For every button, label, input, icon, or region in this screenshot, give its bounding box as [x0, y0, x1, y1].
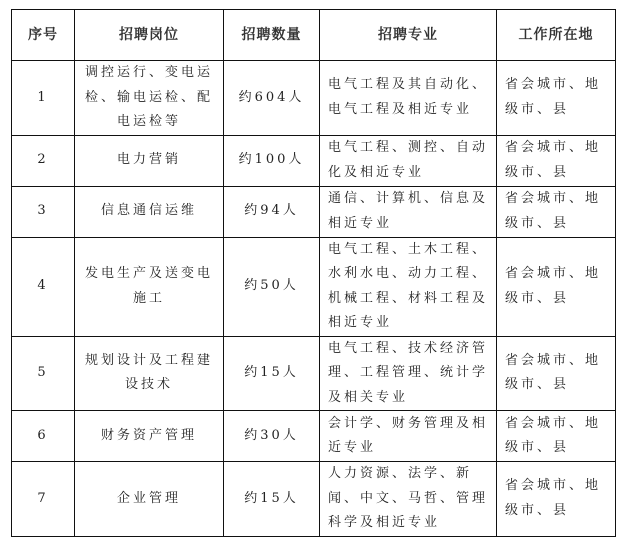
table-row: 5 规划设计及工程建设技术 约15人 电气工程、技术经济管理、工程管理、统计学及…	[12, 336, 616, 411]
cell-location: 省会城市、地级市、县	[497, 61, 616, 136]
cell-no: 5	[12, 336, 75, 411]
cell-major: 电气工程、技术经济管理、工程管理、统计学及相关专业	[320, 336, 497, 411]
location-text: 省会城市、地级市、县	[497, 412, 615, 461]
header-location: 工作所在地	[497, 10, 616, 61]
location-text: 省会城市、地级市、县	[497, 474, 615, 523]
major-text: 电气工程、技术经济管理、工程管理、统计学及相关专业	[320, 337, 496, 411]
header-no: 序号	[12, 10, 75, 61]
position-text: 信息通信运维	[95, 199, 203, 224]
cell-location: 省会城市、地级市、县	[497, 411, 616, 462]
position-text: 调控运行、变电运检、输电运检、配电运检等	[75, 61, 223, 135]
header-position: 招聘岗位	[75, 10, 224, 61]
cell-major: 人力资源、法学、新闻、中文、马哲、管理科学及相近专业	[320, 462, 497, 537]
location-text: 省会城市、地级市、县	[497, 187, 615, 236]
table-row: 2 电力营销 约100人 电气工程、测控、自动化及相近专业 省会城市、地级市、县	[12, 135, 616, 186]
cell-no: 4	[12, 237, 75, 336]
cell-no: 6	[12, 411, 75, 462]
cell-position: 调控运行、变电运检、输电运检、配电运检等	[75, 61, 224, 136]
position-text: 发电生产及送变电施工	[75, 262, 223, 311]
major-text: 会计学、财务管理及相近专业	[320, 412, 496, 461]
cell-count: 约604人	[224, 61, 320, 136]
position-text: 企业管理	[111, 487, 187, 512]
cell-no: 7	[12, 462, 75, 537]
cell-major: 会计学、财务管理及相近专业	[320, 411, 497, 462]
position-text: 电力营销	[111, 148, 187, 173]
header-count: 招聘数量	[224, 10, 320, 61]
cell-position: 发电生产及送变电施工	[75, 237, 224, 336]
cell-major: 电气工程及其自动化、电气工程及相近专业	[320, 61, 497, 136]
major-text: 电气工程、测控、自动化及相近专业	[320, 136, 496, 185]
location-text: 省会城市、地级市、县	[497, 136, 615, 185]
major-text: 电气工程及其自动化、电气工程及相近专业	[320, 73, 496, 122]
cell-count: 约15人	[224, 336, 320, 411]
header-row: 序号 招聘岗位 招聘数量 招聘专业 工作所在地	[12, 10, 616, 61]
cell-position: 信息通信运维	[75, 186, 224, 237]
major-text: 人力资源、法学、新闻、中文、马哲、管理科学及相近专业	[320, 462, 496, 536]
cell-no: 2	[12, 135, 75, 186]
cell-count: 约15人	[224, 462, 320, 537]
cell-major: 通信、计算机、信息及相近专业	[320, 186, 497, 237]
cell-position: 电力营销	[75, 135, 224, 186]
cell-no: 1	[12, 61, 75, 136]
position-text: 规划设计及工程建设技术	[75, 349, 223, 398]
cell-count: 约94人	[224, 186, 320, 237]
cell-count: 约30人	[224, 411, 320, 462]
cell-location: 省会城市、地级市、县	[497, 135, 616, 186]
major-text: 电气工程、土木工程、水利水电、动力工程、机械工程、材料工程及相近专业	[320, 238, 496, 336]
cell-position: 企业管理	[75, 462, 224, 537]
cell-location: 省会城市、地级市、县	[497, 237, 616, 336]
cell-major: 电气工程、测控、自动化及相近专业	[320, 135, 497, 186]
recruitment-table: 序号 招聘岗位 招聘数量 招聘专业 工作所在地 1 调控运行、变电运检、输电运检…	[11, 9, 616, 537]
table-row: 3 信息通信运维 约94人 通信、计算机、信息及相近专业 省会城市、地级市、县	[12, 186, 616, 237]
cell-no: 3	[12, 186, 75, 237]
cell-position: 财务资产管理	[75, 411, 224, 462]
location-text: 省会城市、地级市、县	[497, 349, 615, 398]
cell-count: 约50人	[224, 237, 320, 336]
table-row: 1 调控运行、变电运检、输电运检、配电运检等 约604人 电气工程及其自动化、电…	[12, 61, 616, 136]
table-row: 6 财务资产管理 约30人 会计学、财务管理及相近专业 省会城市、地级市、县	[12, 411, 616, 462]
cell-position: 规划设计及工程建设技术	[75, 336, 224, 411]
position-text: 财务资产管理	[95, 424, 203, 449]
cell-count: 约100人	[224, 135, 320, 186]
cell-location: 省会城市、地级市、县	[497, 462, 616, 537]
major-text: 通信、计算机、信息及相近专业	[320, 187, 496, 236]
table-row: 7 企业管理 约15人 人力资源、法学、新闻、中文、马哲、管理科学及相近专业 省…	[12, 462, 616, 537]
cell-major: 电气工程、土木工程、水利水电、动力工程、机械工程、材料工程及相近专业	[320, 237, 497, 336]
location-text: 省会城市、地级市、县	[497, 73, 615, 122]
header-major: 招聘专业	[320, 10, 497, 61]
location-text: 省会城市、地级市、县	[497, 262, 615, 311]
cell-location: 省会城市、地级市、县	[497, 186, 616, 237]
table-row: 4 发电生产及送变电施工 约50人 电气工程、土木工程、水利水电、动力工程、机械…	[12, 237, 616, 336]
cell-location: 省会城市、地级市、县	[497, 336, 616, 411]
